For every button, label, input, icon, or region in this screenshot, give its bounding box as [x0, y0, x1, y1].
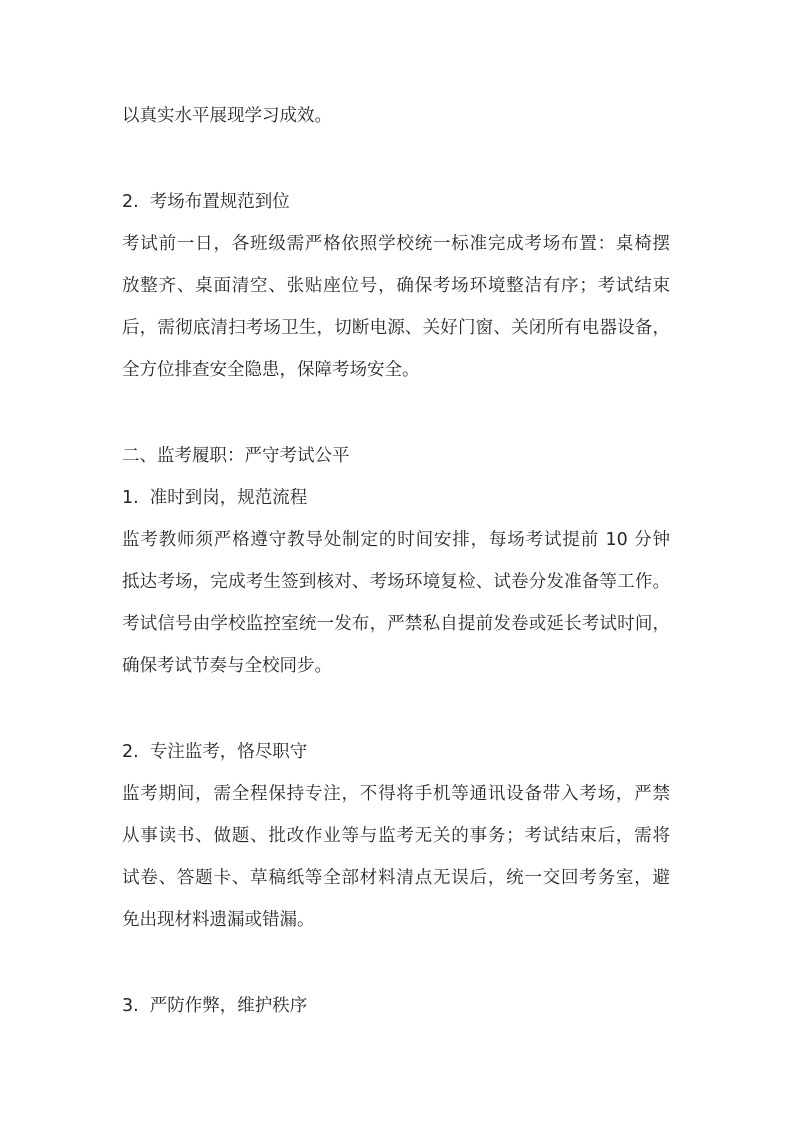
- paragraph-line: 放整齐、桌面清空、张贴座位号，确保考场环境整洁有序；考试结束: [122, 265, 670, 307]
- numbered-item-label: 专注监考，恪尽职守: [150, 742, 308, 762]
- numbered-item: 2.专注监考，恪尽职守: [122, 731, 670, 773]
- document-section: 2.专注监考，恪尽职守监考期间，需全程保持专注，不得将手机等通讯设备带入考场，严…: [122, 731, 670, 941]
- paragraph-line: 监考期间，需全程保持专注，不得将手机等通讯设备带入考场，严禁: [122, 773, 670, 815]
- paragraph-line: 后，需彻底清扫考场卫生，切断电源、关好门窗、关闭所有电器设备，: [122, 307, 670, 349]
- document-section: 以真实水平展现学习成效。: [122, 95, 670, 137]
- numbered-item-marker: 2.: [122, 181, 139, 223]
- numbered-item-marker: 2.: [122, 731, 139, 773]
- document-section: 2.考场布置规范到位考试前一日，各班级需严格依照学校统一标准完成考场布置：桌椅摆…: [122, 181, 670, 391]
- document-page: 以真实水平展现学习成效。2.考场布置规范到位考试前一日，各班级需严格依照学校统一…: [0, 0, 793, 1122]
- numbered-item: 1.准时到岗，规范流程: [122, 477, 670, 519]
- numbered-item-marker: 1.: [122, 477, 139, 519]
- paragraph-line: 全方位排查安全隐患，保障考场安全。: [122, 349, 670, 391]
- paragraph-line: 抵达考场，完成考生签到核对、考场环境复检、试卷分发准备等工作。: [122, 561, 670, 603]
- numbered-item: 2.考场布置规范到位: [122, 181, 670, 223]
- paragraph-line: 考试信号由学校监控室统一发布，严禁私自提前发卷或延长考试时间，: [122, 603, 670, 645]
- paragraph-line: 确保考试节奏与全校同步。: [122, 645, 670, 687]
- numbered-item-label: 严防作弊，维护秩序: [150, 996, 308, 1016]
- numbered-item: 3.严防作弊，维护秩序: [122, 985, 670, 1027]
- paragraph-line: 监考教师须严格遵守教导处制定的时间安排，每场考试提前 10 分钟: [122, 519, 670, 561]
- numbered-item-marker: 3.: [122, 985, 139, 1027]
- paragraph-line: 免出现材料遗漏或错漏。: [122, 899, 670, 941]
- section-heading: 二、监考履职：严守考试公平: [122, 435, 670, 477]
- numbered-item-label: 考场布置规范到位: [150, 192, 290, 212]
- document-content: 以真实水平展现学习成效。2.考场布置规范到位考试前一日，各班级需严格依照学校统一…: [122, 95, 670, 1027]
- numbered-item-label: 准时到岗，规范流程: [150, 488, 308, 508]
- paragraph-line: 从事读书、做题、批改作业等与监考无关的事务；考试结束后，需将: [122, 815, 670, 857]
- paragraph-line: 考试前一日，各班级需严格依照学校统一标准完成考场布置：桌椅摆: [122, 223, 670, 265]
- document-section: 3.严防作弊，维护秩序: [122, 985, 670, 1027]
- paragraph-line: 以真实水平展现学习成效。: [122, 95, 670, 137]
- document-section: 二、监考履职：严守考试公平1.准时到岗，规范流程监考教师须严格遵守教导处制定的时…: [122, 435, 670, 687]
- paragraph-line: 试卷、答题卡、草稿纸等全部材料清点无误后，统一交回考务室，避: [122, 857, 670, 899]
